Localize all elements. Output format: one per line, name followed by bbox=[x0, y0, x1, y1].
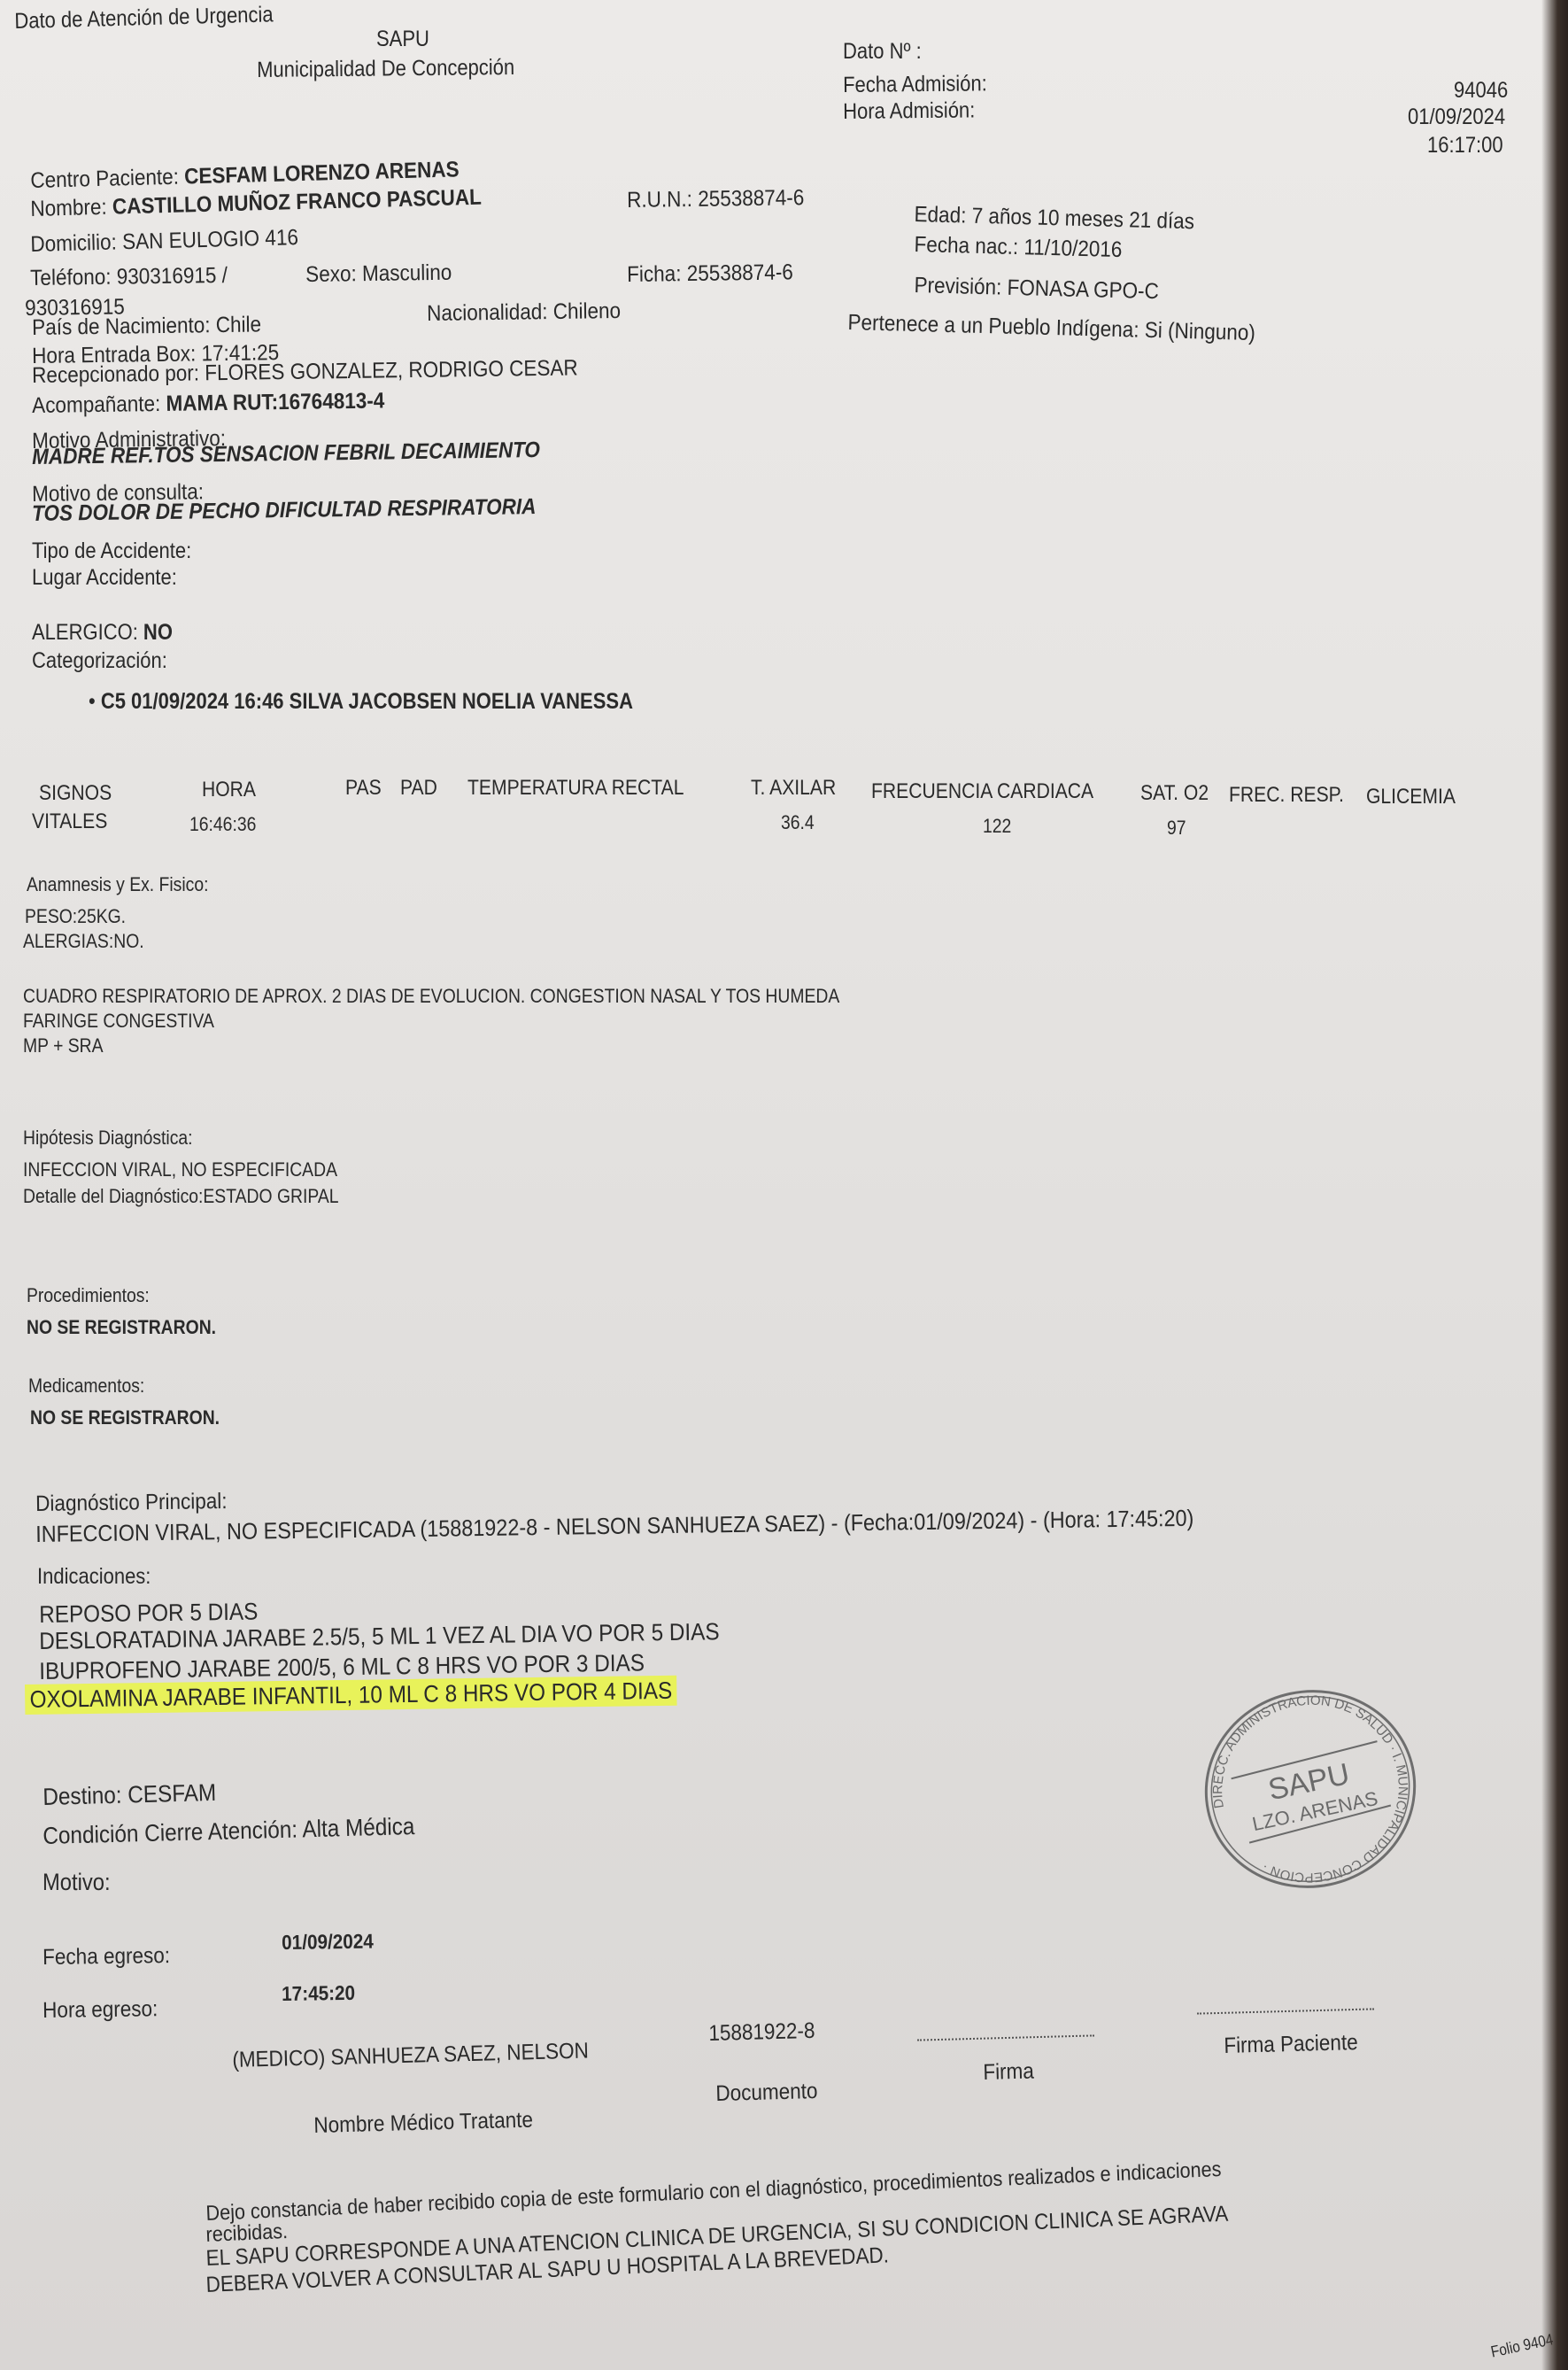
service-name: SAPU bbox=[376, 27, 429, 52]
categorizacion-item: • C5 01/09/2024 16:46 SILVA JACOBSEN NOE… bbox=[89, 689, 633, 715]
nombre-medico-label: Nombre Médico Tratante bbox=[313, 2108, 533, 2139]
destino: Destino: CESFAM bbox=[42, 1779, 217, 1811]
vitals-col-pad: PAD bbox=[400, 776, 437, 801]
prevision: Previsión: FONASA GPO-C bbox=[914, 273, 1159, 305]
lugar-accidente-label: Lugar Accidente: bbox=[32, 565, 177, 591]
firma-paciente-line bbox=[1197, 2008, 1374, 2014]
acompanante: Acompañante: MAMA RUT:16764813-4 bbox=[32, 388, 384, 418]
exam-line: FARINGE CONGESTIVA bbox=[23, 1010, 214, 1032]
pueblo-indigena: Pertenece a un Pueblo Indígena: Si (Ning… bbox=[847, 310, 1255, 346]
exam-line: MP + SRA bbox=[23, 1034, 104, 1057]
centro-paciente-value: CESFAM LORENZO ARENAS bbox=[184, 157, 460, 189]
vitals-col-t-axilar: T. AXILAR bbox=[751, 776, 836, 801]
hora-admision-value: 16:17:00 bbox=[1427, 133, 1503, 159]
indicacion-item-highlighted: OXOLAMINA JARABE INFANTIL, 10 ML C 8 HRS… bbox=[25, 1677, 677, 1714]
anamnesis-line: ALERGIAS:NO. bbox=[23, 930, 144, 952]
dato-label: Dato Nº : bbox=[843, 39, 922, 65]
vitals-hora-value: 16:46:36 bbox=[189, 813, 256, 835]
page-edge-shadow bbox=[1541, 0, 1568, 2370]
vitals-col-temp-rectal: TEMPERATURA RECTAL bbox=[467, 776, 684, 801]
medicamentos-label: Medicamentos: bbox=[28, 1375, 144, 1397]
nacionalidad: Nacionalidad: Chileno bbox=[427, 298, 621, 327]
anamnesis-label: Anamnesis y Ex. Fisico: bbox=[27, 873, 208, 895]
telefono: Teléfono: 930316915 / bbox=[30, 263, 228, 291]
documento-label: Documento bbox=[715, 2079, 818, 2107]
pais-nacimiento: País de Nacimiento: Chile bbox=[32, 312, 261, 340]
condicion-cierre: Condición Cierre Atención: Alta Médica bbox=[42, 1813, 415, 1850]
vitals-col-pas: PAS bbox=[345, 776, 382, 801]
hipotesis-label: Hipótesis Diagnóstica: bbox=[23, 1127, 193, 1149]
categorizacion-label: Categorización: bbox=[32, 648, 167, 674]
official-stamp: DIRECC. ADMINISTRACION DE SALUD · I. MUN… bbox=[1181, 1667, 1440, 1912]
ficha: Ficha: 25538874-6 bbox=[627, 259, 793, 287]
firma-line bbox=[917, 2034, 1094, 2041]
hora-egreso-label: Hora egreso: bbox=[42, 1996, 158, 2024]
vitals-label-2: VITALES bbox=[32, 809, 107, 834]
medico-tratante-name: (MEDICO) SANHUEZA SAEZ, NELSON bbox=[232, 2038, 589, 2072]
fecha-nacimiento: Fecha nac.: 11/10/2016 bbox=[914, 232, 1122, 263]
vitals-frec-cardiaca-value: 122 bbox=[983, 815, 1011, 837]
vitals-col-frec-cardiaca: FRECUENCIA CARDIACA bbox=[871, 779, 1093, 804]
hora-egreso-value: 17:45:20 bbox=[282, 1981, 355, 2006]
indicaciones-label: Indicaciones: bbox=[37, 1564, 151, 1590]
form-title: Dato de Atención de Urgencia bbox=[14, 2, 274, 34]
firma-paciente-label: Firma Paciente bbox=[1224, 2030, 1358, 2059]
vitals-col-frec-resp: FREC. RESP. bbox=[1229, 783, 1344, 808]
alergico: ALERGICO: NO bbox=[32, 620, 173, 646]
medico-documento-value: 15881922-8 bbox=[708, 2018, 815, 2047]
indicacion-item: REPOSO POR 5 DIAS bbox=[39, 1599, 259, 1629]
procedimientos-label: Procedimientos: bbox=[27, 1284, 150, 1306]
diagnostico-label: Diagnóstico Principal: bbox=[35, 1489, 228, 1517]
exam-line: CUADRO RESPIRATORIO DE APROX. 2 DIAS DE … bbox=[23, 985, 839, 1007]
document-page: Dato de Atención de Urgencia SAPU Munici… bbox=[0, 0, 1568, 2370]
vitals-label-1: SIGNOS bbox=[39, 781, 112, 806]
vitals-col-hora: HORA bbox=[202, 778, 256, 802]
fecha-admision-value: 01/09/2024 bbox=[1408, 105, 1505, 130]
hipotesis-value: INFECCION VIRAL, NO ESPECIFICADA bbox=[23, 1158, 337, 1181]
domicilio: Domicilio: SAN EULOGIO 416 bbox=[30, 225, 298, 258]
dato-value: 94046 bbox=[1454, 78, 1508, 104]
anamnesis-line: PESO:25KG. bbox=[25, 905, 126, 927]
stamp-seal-icon: DIRECC. ADMINISTRACION DE SALUD · I. MUN… bbox=[1181, 1667, 1440, 1912]
bullet-icon: • bbox=[89, 689, 101, 714]
fecha-egreso-label: Fecha egreso: bbox=[42, 1943, 170, 1971]
vitals-sat-o2-value: 97 bbox=[1167, 817, 1186, 839]
municipality-name: Municipalidad De Concepción bbox=[257, 55, 514, 83]
procedimientos-value: NO SE REGISTRARON. bbox=[27, 1316, 216, 1338]
vitals-col-glicemia: GLICEMIA bbox=[1366, 785, 1456, 809]
vitals-col-sat-o2: SAT. O2 bbox=[1140, 781, 1209, 806]
vitals-t-axilar-value: 36.4 bbox=[781, 811, 815, 833]
run: R.U.N.: 25538874-6 bbox=[627, 185, 805, 213]
hipotesis-detalle: Detalle del Diagnóstico:ESTADO GRIPAL bbox=[23, 1185, 339, 1207]
medicamentos-value: NO SE REGISTRARON. bbox=[30, 1406, 220, 1429]
fecha-admision-label: Fecha Admisión: bbox=[843, 71, 987, 97]
firma-label: Firma bbox=[983, 2058, 1034, 2085]
motivo-cierre: Motivo: bbox=[42, 1869, 111, 1896]
sexo: Sexo: Masculino bbox=[305, 260, 452, 288]
hora-admision-label: Hora Admisión: bbox=[843, 97, 975, 124]
tipo-accidente-label: Tipo de Accidente: bbox=[32, 538, 191, 564]
edad: Edad: 7 años 10 meses 21 días bbox=[914, 202, 1194, 235]
fecha-egreso-value: 01/09/2024 bbox=[282, 1930, 374, 1955]
